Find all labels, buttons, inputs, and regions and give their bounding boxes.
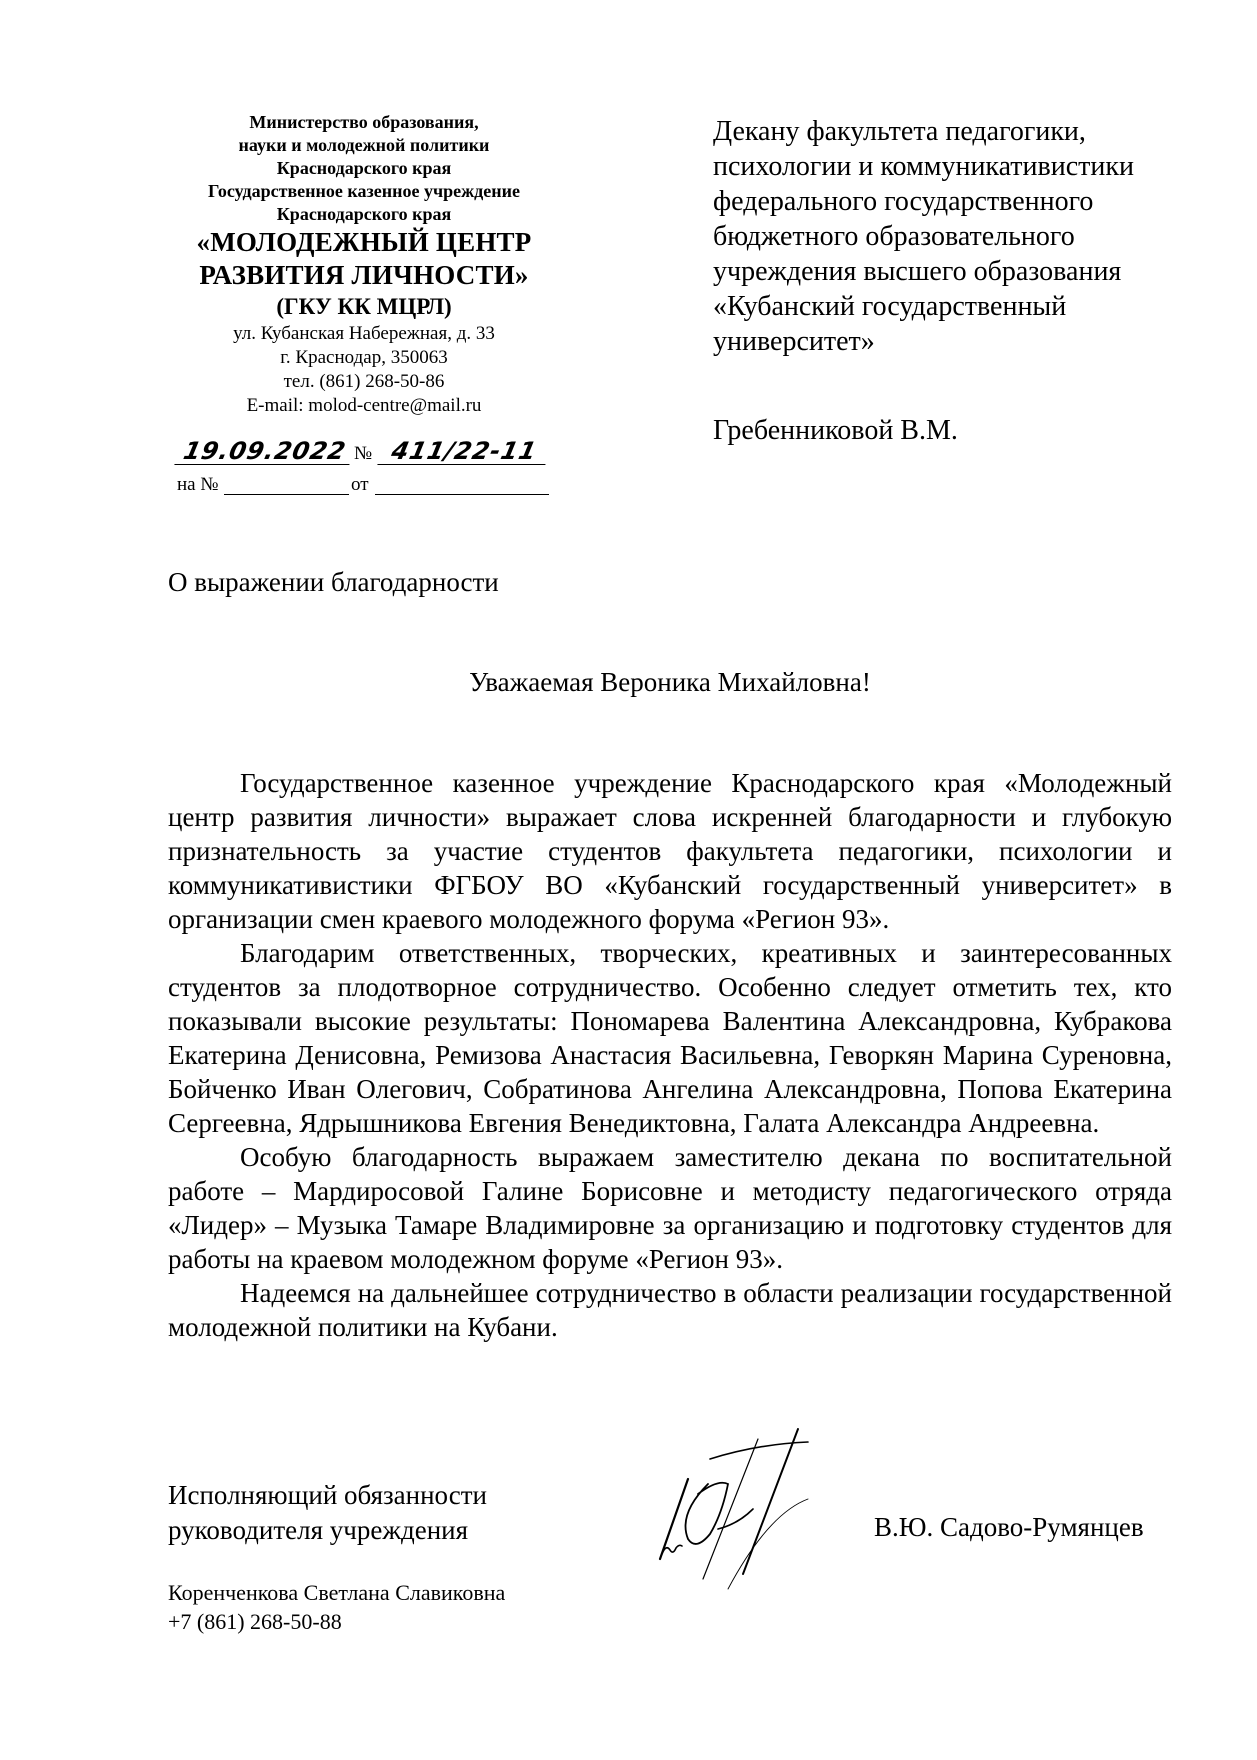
org-phone: тел. (861) 268-50-86 — [172, 370, 556, 394]
addressee-line: психологии и коммуникативистики — [713, 149, 1213, 184]
reference-date-label: от — [351, 474, 369, 496]
signer-title-line: руководителя учреждения — [168, 1513, 487, 1548]
org-address: ул. Кубанская Набережная, д. 33 — [172, 322, 556, 346]
greeting: Уважаемая Вероника Михайловна! — [168, 665, 1172, 699]
number-sign: № — [354, 443, 372, 465]
registration-number: 411/22-11 — [377, 440, 550, 465]
org-email: E-mail: molod-centre@mail.ru — [172, 394, 556, 418]
registration-date: 19.09.2022 — [174, 440, 354, 465]
letter-body: Государственное казенное учреждение Крас… — [168, 766, 1172, 1344]
body-paragraph: Особую благодарность выражаем заместител… — [168, 1140, 1172, 1276]
handwritten-signature-icon — [648, 1424, 853, 1599]
org-city: г. Краснодар, 350063 — [172, 346, 556, 370]
registration-row: 19.09.2022 № 411/22-11 — [177, 440, 549, 466]
letterhead: Министерство образования, науки и молоде… — [172, 111, 556, 418]
addressee: Декану факультета педагогики, психологии… — [713, 114, 1213, 359]
addressee-line: бюджетного образовательного — [713, 219, 1213, 254]
reference-date-blank — [375, 494, 549, 495]
ministry-line: науки и молодежной политики — [172, 134, 556, 157]
contact-phone: +7 (861) 268-50-88 — [168, 1607, 505, 1636]
ministry-line: Краснодарского края — [172, 157, 556, 180]
org-abbreviation: (ГКУ КК МЦРЛ) — [172, 292, 556, 322]
ministry-line: Государственное казенное учреждение — [172, 180, 556, 203]
addressee-line: «Кубанский государственный — [713, 289, 1213, 324]
letter-subject: О выражении благодарности — [168, 565, 499, 599]
signer-title: Исполняющий обязанности руководителя учр… — [168, 1478, 487, 1548]
ministry-line: Министерство образования, — [172, 111, 556, 134]
addressee-name: Гребенниковой В.М. — [713, 413, 958, 448]
signer-title-line: Исполняющий обязанности — [168, 1478, 487, 1513]
addressee-line: федерального государственного — [713, 184, 1213, 219]
reference-number-blank — [224, 494, 349, 495]
contact-name: Коренченкова Светлана Славиковна — [168, 1578, 505, 1607]
ministry-line: Краснодарского края — [172, 203, 556, 226]
addressee-line: учреждения высшего образования — [713, 254, 1213, 289]
reference-number-label: на № — [177, 474, 218, 496]
body-paragraph: Надеемся на дальнейшее сотрудничество в … — [168, 1276, 1172, 1344]
org-name-line: РАЗВИТИЯ ЛИЧНОСТИ» — [172, 259, 556, 292]
addressee-line: Декану факультета педагогики, — [713, 114, 1213, 149]
signer-name: В.Ю. Садово-Румянцев — [874, 1510, 1144, 1544]
org-name-line: «МОЛОДЕЖНЫЙ ЦЕНТР — [172, 226, 556, 259]
addressee-line: университет» — [713, 324, 1213, 359]
contact-person: Коренченкова Светлана Славиковна +7 (861… — [168, 1578, 505, 1636]
reference-row: на № от — [177, 472, 549, 498]
body-paragraph: Благодарим ответственных, творческих, кр… — [168, 936, 1172, 1140]
body-paragraph: Государственное казенное учреждение Крас… — [168, 766, 1172, 936]
